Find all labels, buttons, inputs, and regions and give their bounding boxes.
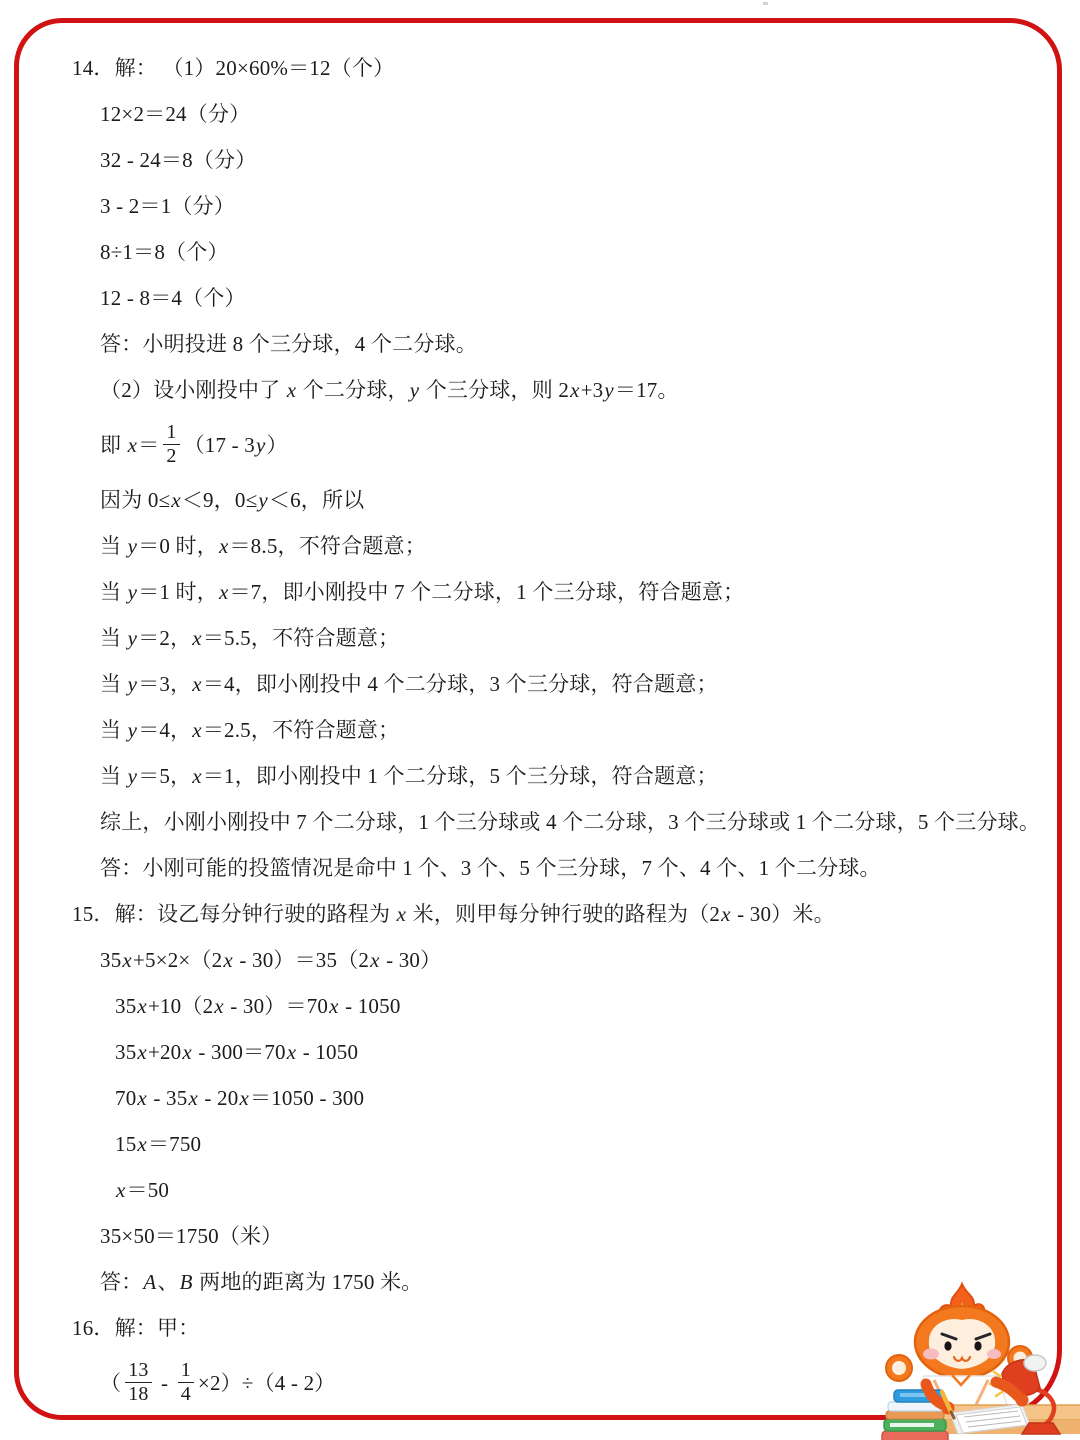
math-variable: x bbox=[191, 764, 203, 788]
math-variable: x bbox=[218, 534, 230, 558]
text-line: 当 y＝3，x＝4，即小刚投中 4 个二分球，3 个三分球，符合题意； bbox=[0, 661, 1080, 707]
math-variable: y bbox=[603, 378, 615, 402]
fraction: 12 bbox=[163, 421, 179, 467]
text-line: 因为 0≤x＜9，0≤y＜6，所以 bbox=[0, 477, 1080, 523]
text-line: 当 y＝0 时，x＝8.5，不符合题意； bbox=[0, 523, 1080, 569]
text-segment: - 20 bbox=[199, 1086, 239, 1110]
text-line: 70x - 35x - 20x＝1050 - 300 bbox=[0, 1075, 1080, 1121]
text-line: 答：小明投进 8 个三分球，4 个二分球。 bbox=[0, 321, 1080, 367]
text-line: 8÷1＝8（个） bbox=[0, 229, 1080, 275]
math-variable: x bbox=[286, 1040, 298, 1064]
text-segment: ＝750 bbox=[148, 1132, 201, 1156]
text-line: 12×2＝24（分） bbox=[0, 91, 1080, 137]
text-segment: 14．解： （1）20×60%＝12（个） bbox=[72, 56, 394, 80]
math-variable: x bbox=[136, 1040, 148, 1064]
text-segment: ＝0 时， bbox=[138, 534, 218, 558]
math-variable: x bbox=[136, 1132, 148, 1156]
text-line: 当 y＝5，x＝1，即小刚投中 1 个二分球，5 个三分球，符合题意； bbox=[0, 753, 1080, 799]
math-variable: x bbox=[136, 1086, 148, 1110]
text-segment: - 30）＝70 bbox=[225, 994, 328, 1018]
text-segment: ＝4，即小刚投中 4 个二分球，3 个三分球，符合题意； bbox=[203, 672, 718, 696]
text-segment: 当 bbox=[100, 672, 127, 696]
text-segment: 12×2＝24（分） bbox=[100, 102, 250, 126]
text-line: 当 y＝2，x＝5.5，不符合题意； bbox=[0, 615, 1080, 661]
math-variable: x bbox=[191, 626, 203, 650]
math-variable: x bbox=[328, 994, 340, 1018]
text-segment: ＝50 bbox=[127, 1178, 170, 1202]
math-variable: B bbox=[179, 1270, 194, 1294]
text-segment: 70 bbox=[115, 1086, 136, 1110]
math-variable: x bbox=[369, 948, 381, 972]
text-segment: ＝5， bbox=[138, 764, 191, 788]
text-segment: +5×2×（2 bbox=[133, 948, 222, 972]
text-segment: 个二分球， bbox=[297, 378, 408, 402]
text-segment: - 30）米。 bbox=[732, 902, 835, 926]
text-segment: ＝ bbox=[138, 433, 159, 457]
math-variable: y bbox=[127, 764, 139, 788]
text-segment: ＝7，即小刚投中 7 个二分球，1 个三分球，符合题意； bbox=[229, 580, 744, 604]
text-segment: - bbox=[156, 1371, 174, 1395]
text-segment: （2）设小刚投中了 bbox=[100, 378, 286, 402]
text-segment: 两地的距离为 1750 米。 bbox=[194, 1270, 423, 1294]
math-variable: y bbox=[127, 718, 139, 742]
math-variable: y bbox=[127, 672, 139, 696]
text-segment: ＝8.5，不符合题意； bbox=[229, 534, 425, 558]
text-segment: ＝2， bbox=[138, 626, 191, 650]
text-segment: 当 bbox=[100, 718, 127, 742]
text-segment: 35 bbox=[115, 994, 136, 1018]
text-segment: ） bbox=[267, 433, 288, 457]
math-variable: y bbox=[257, 488, 269, 512]
text-segment: +20 bbox=[148, 1040, 181, 1064]
mascot-monkey bbox=[872, 1280, 1080, 1440]
text-segment: 当 bbox=[100, 764, 127, 788]
text-segment: （17 - 3 bbox=[184, 433, 255, 457]
text-segment: 米，则甲每分钟行驶的路程为（2 bbox=[407, 902, 720, 926]
text-line: 当 y＝4，x＝2.5，不符合题意； bbox=[0, 707, 1080, 753]
text-segment: ＝5.5，不符合题意； bbox=[203, 626, 399, 650]
math-variable: x bbox=[222, 948, 234, 972]
math-variable: x bbox=[213, 994, 225, 1018]
text-segment: 答：小明投进 8 个三分球，4 个二分球。 bbox=[100, 332, 477, 356]
text-segment: 答：小刚可能的投篮情况是命中 1 个、3 个、5 个三分球，7 个、4 个、1 … bbox=[100, 856, 881, 880]
text-segment: 35×50＝1750（米） bbox=[100, 1224, 282, 1248]
math-variable: x bbox=[170, 488, 182, 512]
text-segment: ＝4， bbox=[138, 718, 191, 742]
text-line: 35x+10（2x - 30）＝70x - 1050 bbox=[0, 983, 1080, 1029]
fraction: 14 bbox=[178, 1359, 194, 1405]
text-segment: 当 bbox=[100, 626, 127, 650]
math-variable: y bbox=[127, 580, 139, 604]
text-line: x＝50 bbox=[0, 1167, 1080, 1213]
text-segment: - 30） bbox=[381, 948, 442, 972]
text-segment: - 1050 bbox=[297, 1040, 358, 1064]
text-segment: ＜9，0≤ bbox=[182, 488, 258, 512]
text-line: 即 x＝12（17 - 3y） bbox=[0, 413, 1080, 477]
text-line: 32 - 24＝8（分） bbox=[0, 137, 1080, 183]
text-line: 3 - 2＝1（分） bbox=[0, 183, 1080, 229]
text-line: 综上，小刚小刚投中 7 个二分球，1 个三分球或 4 个二分球，3 个三分球或 … bbox=[0, 799, 1080, 845]
text-line: 35x+20x - 300＝70x - 1050 bbox=[0, 1029, 1080, 1075]
text-segment: 15 bbox=[115, 1132, 136, 1156]
text-segment: 8÷1＝8（个） bbox=[100, 240, 229, 264]
text-line: 12 - 8＝4（个） bbox=[0, 275, 1080, 321]
text-line: 15x＝750 bbox=[0, 1121, 1080, 1167]
text-segment: 3 - 2＝1（分） bbox=[100, 194, 235, 218]
text-segment: 当 bbox=[100, 534, 127, 558]
text-segment: - 30）＝35（2 bbox=[234, 948, 369, 972]
text-line: （2）设小刚投中了 x 个二分球，y 个三分球，则 2x+3y＝17。 bbox=[0, 367, 1080, 413]
math-variable: A bbox=[142, 1270, 157, 1294]
text-segment: 12 - 8＝4（个） bbox=[100, 286, 246, 310]
math-variable: x bbox=[238, 1086, 250, 1110]
math-variable: x bbox=[569, 378, 581, 402]
math-variable: x bbox=[187, 1086, 199, 1110]
text-segment: - 300＝70 bbox=[193, 1040, 286, 1064]
math-variable: x bbox=[121, 948, 133, 972]
math-variable: x bbox=[115, 1178, 127, 1202]
text-segment: 32 - 24＝8（分） bbox=[100, 148, 256, 172]
text-segment: （ bbox=[100, 1371, 121, 1395]
text-segment: 35 bbox=[115, 1040, 136, 1064]
worksheet-page: { "page": { "type": "math-answer-sheet",… bbox=[0, 0, 1080, 1440]
text-line: 35×50＝1750（米） bbox=[0, 1213, 1080, 1259]
text-segment: 当 bbox=[100, 580, 127, 604]
monkey-head bbox=[915, 1306, 1009, 1378]
math-variable: y bbox=[255, 433, 267, 457]
text-line: 35x+5×2×（2x - 30）＝35（2x - 30） bbox=[0, 937, 1080, 983]
text-segment: ＝3， bbox=[138, 672, 191, 696]
text-segment: 答： bbox=[100, 1270, 142, 1294]
text-segment: 个三分球，则 2 bbox=[420, 378, 569, 402]
text-segment: +10（2 bbox=[148, 994, 213, 1018]
text-segment: ＝17。 bbox=[615, 378, 679, 402]
math-variable: x bbox=[396, 902, 408, 926]
text-segment: - 35 bbox=[148, 1086, 188, 1110]
text-segment: 35 bbox=[100, 948, 121, 972]
text-segment: ＝1 时， bbox=[138, 580, 218, 604]
solution-lines: 14．解： （1）20×60%＝12（个）12×2＝24（分）32 - 24＝8… bbox=[0, 45, 1080, 1415]
math-variable: x bbox=[181, 1040, 193, 1064]
math-variable: y bbox=[409, 378, 421, 402]
text-segment: ＝1，即小刚投中 1 个二分球，5 个三分球，符合题意； bbox=[203, 764, 718, 788]
text-segment: 综上，小刚小刚投中 7 个二分球，1 个三分球或 4 个二分球，3 个三分球或 … bbox=[100, 810, 1040, 834]
text-segment: 因为 0≤ bbox=[100, 488, 170, 512]
text-segment: 16．解：甲： bbox=[72, 1316, 199, 1340]
scan-artifact bbox=[763, 2, 768, 5]
text-segment: ＝1050 - 300 bbox=[250, 1086, 364, 1110]
math-variable: y bbox=[127, 626, 139, 650]
math-variable: x bbox=[191, 672, 203, 696]
text-segment: ＝2.5，不符合题意； bbox=[203, 718, 399, 742]
text-line: 答：小刚可能的投篮情况是命中 1 个、3 个、5 个三分球，7 个、4 个、1 … bbox=[0, 845, 1080, 891]
text-segment: ×2）÷（4 - 2） bbox=[198, 1371, 336, 1395]
math-variable: x bbox=[191, 718, 203, 742]
math-variable: y bbox=[127, 534, 139, 558]
math-variable: x bbox=[720, 902, 732, 926]
text-line: 14．解： （1）20×60%＝12（个） bbox=[0, 45, 1080, 91]
text-segment: 即 bbox=[100, 433, 127, 457]
math-variable: x bbox=[136, 994, 148, 1018]
text-segment: 、 bbox=[157, 1270, 178, 1294]
math-variable: x bbox=[127, 433, 139, 457]
text-line: 当 y＝1 时，x＝7，即小刚投中 7 个二分球，1 个三分球，符合题意； bbox=[0, 569, 1080, 615]
text-segment: ＜6，所以 bbox=[269, 488, 365, 512]
fraction: 1318 bbox=[125, 1359, 151, 1405]
math-variable: x bbox=[286, 378, 298, 402]
text-line: 15．解：设乙每分钟行驶的路程为 x 米，则甲每分钟行驶的路程为（2x - 30… bbox=[0, 891, 1080, 937]
text-segment: - 1050 bbox=[340, 994, 401, 1018]
text-segment: +3 bbox=[581, 378, 604, 402]
math-variable: x bbox=[218, 580, 230, 604]
text-segment: 15．解：设乙每分钟行驶的路程为 bbox=[72, 902, 396, 926]
